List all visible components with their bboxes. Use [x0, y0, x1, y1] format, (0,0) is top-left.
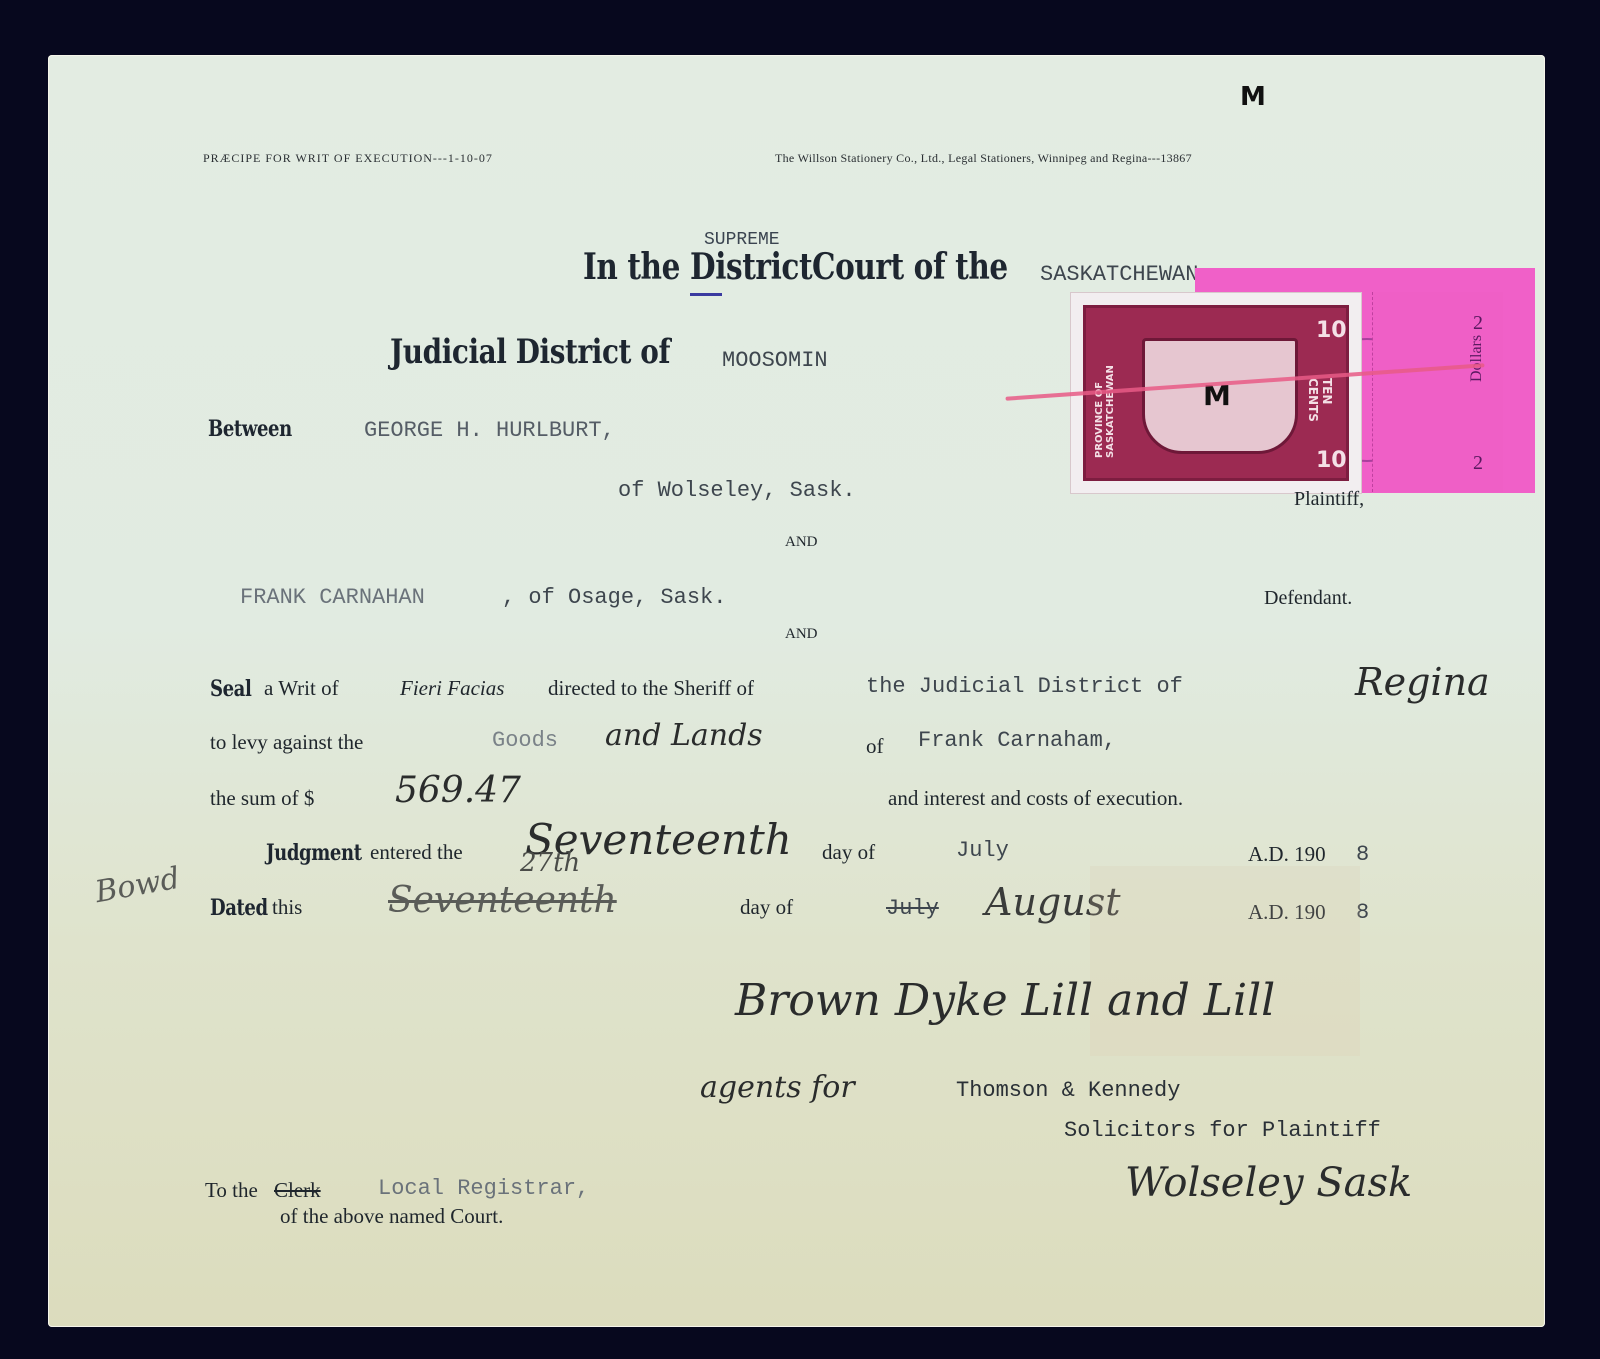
- seal-text: a Writ of: [264, 676, 339, 701]
- writ-type: Fieri Facias: [400, 676, 504, 701]
- defendant-name: FRANK CARNAHAN: [240, 585, 425, 610]
- addressee-struck: Clerk: [274, 1178, 321, 1203]
- printer-imprint: The Willson Stationery Co., Ltd., Legal …: [775, 151, 1192, 166]
- court-struck-word: District: [690, 246, 812, 288]
- red-stamp-province: PROVINCE OF SASKATCHEWAN: [1094, 308, 1116, 458]
- levy-goods: Goods: [492, 728, 558, 753]
- underline-mark: [690, 293, 722, 296]
- sum-label: the sum of $: [210, 786, 314, 811]
- defendant-location: , of Osage, Sask.: [502, 585, 726, 610]
- plaintiff-name: GEORGE H. HURLBURT,: [364, 418, 615, 443]
- judgment-month: July: [956, 838, 1009, 863]
- dated-label: Dated: [210, 895, 268, 921]
- solicitors-name: Thomson & Kennedy: [956, 1078, 1180, 1103]
- court-heading-middle: Court of the: [812, 246, 1008, 288]
- seal-label: Seal: [210, 676, 251, 702]
- dated-struck-month: July: [886, 896, 939, 921]
- addressee-title: Local Registrar,: [378, 1176, 589, 1201]
- faint-stamp-ghost: [1090, 866, 1360, 1056]
- plaintiff-location: of Wolseley, Sask.: [618, 478, 856, 503]
- solicitors-role: Solicitors for Plaintiff: [1064, 1118, 1381, 1143]
- and-separator-1: AND: [785, 534, 818, 551]
- levy-label: to levy against the: [210, 730, 363, 755]
- district-label: Judicial District of: [390, 332, 670, 372]
- dated-this: this: [272, 895, 302, 920]
- dated-day-of: day of: [740, 895, 793, 920]
- sum-suffix: and interest and costs of execution.: [888, 786, 1183, 811]
- between-label: Between: [208, 416, 292, 442]
- pink2-value: 2: [1473, 312, 1483, 335]
- judgment-ad: A.D. 190: [1248, 842, 1326, 867]
- red-stamp-denomination: TEN CENTS: [1306, 378, 1334, 422]
- writ-directed: directed to the Sheriff of: [548, 676, 754, 701]
- firm-signature: Brown Dyke Lill and Lill: [735, 975, 1275, 1026]
- defendant-role: Defendant.: [1264, 587, 1352, 610]
- addressee-to-the: To the: [205, 1178, 258, 1203]
- judgment-day-of: day of: [822, 840, 875, 865]
- and-separator-2: AND: [785, 626, 818, 643]
- coat-of-arms-icon: M: [1142, 338, 1298, 454]
- corner-m-mark: M: [1240, 82, 1266, 112]
- pink-law-stamp-second: 2 Dollars 2: [1372, 292, 1503, 492]
- dated-struck-day: Seventeenth: [388, 880, 617, 921]
- red-stamp-value-bottom: 10: [1316, 448, 1347, 473]
- red-stamp-value-top: 10: [1316, 318, 1347, 343]
- plaintiff-role: Plaintiff,: [1294, 488, 1364, 511]
- judgment-entered: entered the: [370, 840, 463, 865]
- levy-of: of: [866, 734, 884, 759]
- sheriff-district-handwritten: Regina: [1355, 660, 1490, 704]
- pink2-label: Dollars: [1468, 335, 1486, 382]
- location-handwritten: Wolseley Sask: [1125, 1160, 1412, 1206]
- court-province: SASKATCHEWAN: [1040, 262, 1198, 287]
- levy-handwritten: and Lands: [605, 718, 763, 753]
- judgment-year-digit: 8: [1356, 842, 1369, 867]
- court-insert-supreme: SUPREME: [704, 230, 780, 250]
- judgment-label: Judgment: [266, 840, 362, 866]
- dated-insert-day: 27th: [520, 848, 580, 878]
- court-heading-prefix: In the: [583, 246, 680, 288]
- form-title: PRÆCIPE FOR WRIT OF EXECUTION---1-10-07: [203, 151, 493, 166]
- district-value: MOOSOMIN: [722, 348, 828, 373]
- sum-value: 569.47: [395, 770, 521, 811]
- addressee-line2: of the above named Court.: [280, 1204, 503, 1229]
- sheriff-district: the Judicial District of: [866, 674, 1183, 699]
- agent-note: agents for: [700, 1070, 855, 1105]
- levy-person: Frank Carnaham,: [918, 728, 1116, 753]
- pink2-value-bottom: 2: [1473, 452, 1483, 475]
